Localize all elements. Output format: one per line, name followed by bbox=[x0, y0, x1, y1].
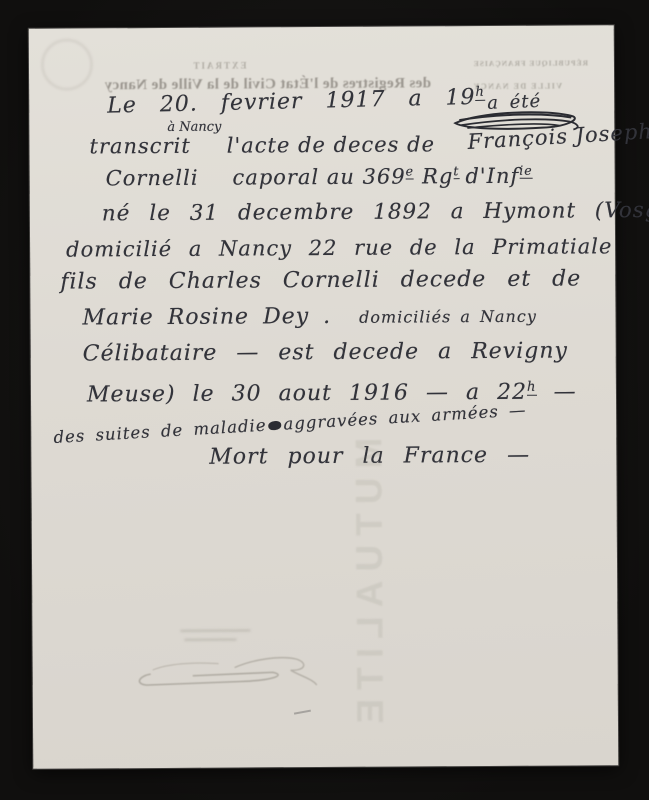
bleedthrough-text-line-1 bbox=[180, 629, 250, 631]
bleedthrough-republique-line: RÉPUBLIQUE FRANÇAISE bbox=[478, 58, 588, 68]
line2-acte-de-deces: l'acte de deces de bbox=[227, 132, 435, 157]
line3-cornelli: Cornelli bbox=[106, 166, 199, 191]
handwritten-line-filiation-pere: fils de Charles Cornelli decede et de bbox=[60, 266, 581, 294]
line10-suites-maladie: des suites de maladie bbox=[53, 416, 267, 447]
bleedthrough-extrait-title: EXTRAIT bbox=[179, 60, 259, 70]
line1-superscript-h: h bbox=[475, 84, 485, 100]
handwritten-line-celibataire-deces: Célibataire — est decede a Revigny bbox=[83, 339, 568, 367]
line3-sup-ie: ie bbox=[519, 163, 533, 179]
line9-superscript-h: h bbox=[527, 379, 537, 395]
line9-dash: — bbox=[536, 379, 576, 404]
handwritten-line-naissance: né le 31 decembre 1892 a Hymont (Vosges bbox=[102, 198, 649, 227]
line3-sup-e: e bbox=[406, 163, 415, 179]
vertical-stamp-bleedthrough: MUTUALITE bbox=[348, 438, 392, 768]
photo-background: EXTRAIT des Registres de l'État Civil de… bbox=[0, 0, 649, 800]
line7-domicilies: domiciliés a Nancy bbox=[359, 307, 537, 327]
handwritten-line-filiation-mere: Marie Rosine Dey .domiciliés a Nancy bbox=[82, 303, 536, 331]
embossed-stamp-mark bbox=[41, 38, 93, 90]
ink-blot bbox=[268, 421, 282, 431]
line7-marie-rosine: Marie Rosine Dey . bbox=[82, 304, 331, 331]
bleedthrough-ville-line: VILLE DE NANCY bbox=[478, 82, 562, 92]
line2-transcrit: transcrit bbox=[89, 134, 190, 159]
line3-caporal-369: caporal au 369 bbox=[232, 164, 405, 189]
handwritten-line-cornelli-caporal: Cornellicaporal au 369eRgtd'Infie bbox=[106, 164, 533, 191]
handwritten-line-transcrit: transcritl'acte de deces deFrançois Jose… bbox=[89, 131, 649, 158]
handwritten-line-domicile: domicilié a Nancy 22 rue de la Primatial… bbox=[66, 234, 612, 261]
line3-rgt: Rg bbox=[422, 164, 453, 188]
handwritten-line-cause-deces: des suites de maladieaggravées aux armée… bbox=[53, 400, 527, 447]
pencil-mark bbox=[294, 710, 311, 715]
line3-inf: d'Inf bbox=[465, 164, 519, 188]
document-paper: EXTRAIT des Registres de l'État Civil de… bbox=[29, 25, 619, 769]
handwritten-insert-a-nancy: à Nancy bbox=[167, 120, 221, 135]
bleedthrough-signature bbox=[122, 639, 322, 695]
line3-sup-t: t bbox=[453, 163, 459, 179]
